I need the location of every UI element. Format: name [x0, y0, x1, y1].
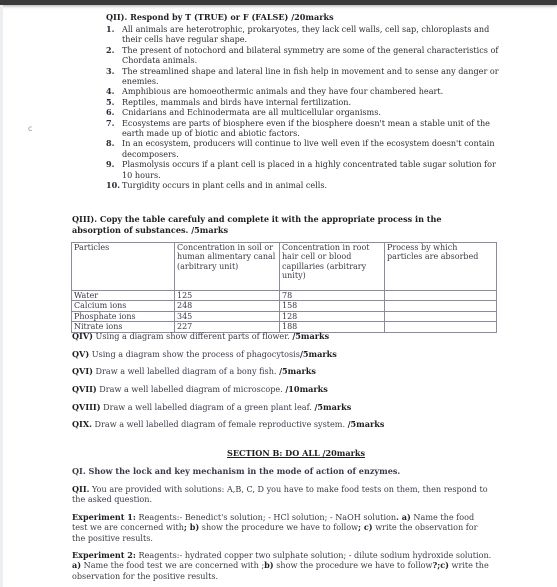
section-b-q2-number: QII. [72, 484, 89, 494]
header-particles: Particles [72, 243, 175, 291]
section-b-q2: QII. You are provided with solutions: A,… [72, 484, 492, 505]
q7-marks: /10marks [285, 384, 327, 394]
table-row: Water12578 [72, 291, 497, 301]
tf-item-text: In an ecosystem, producers will continue… [122, 138, 495, 158]
q8-text: Draw a well labelled diagram of a green … [101, 402, 315, 412]
experiment-1-label: Experiment 1: [72, 512, 136, 522]
table-cell: 125 [175, 291, 280, 301]
section-b-q1: QI. Show the lock and key mechanism in t… [72, 466, 400, 476]
q9-text: Draw a well labelled diagram of female r… [92, 419, 348, 429]
table-cell [385, 301, 497, 311]
page-left-edge [0, 5, 3, 587]
experiment-2-a-text: Name the food test we are concerned with… [81, 560, 264, 570]
q8-marks: /5marks [314, 402, 351, 412]
experiment-1: Experiment 1: Reagents:- Benedict's solu… [72, 512, 492, 543]
header-concentration-root: Concentration in root hair cell or blood… [280, 243, 385, 291]
q7-text: Draw a well labelled diagram of microsco… [97, 384, 286, 394]
q3-heading: QIII). Copy the table carefuly and compl… [72, 214, 492, 235]
table-row: Calcium ions248158 [72, 301, 497, 311]
experiment-1-b-text: show the procedure we have to follow [199, 522, 358, 532]
q5-marks: /5marks [300, 349, 337, 359]
table-cell: 128 [280, 311, 385, 321]
q6-number: QVI) [72, 366, 93, 376]
margin-pen-mark: c [28, 124, 32, 133]
section-b-title: SECTION B: DO ALL /20marks [227, 448, 365, 458]
tf-item-number: 10. [106, 180, 120, 190]
table-cell: Water [72, 291, 175, 301]
table-row: Phosphate ions345128 [72, 311, 497, 321]
tf-item-number: 3. [106, 66, 114, 76]
table-cell [385, 291, 497, 301]
absorption-table: Particles Concentration in soil or human… [71, 242, 497, 333]
tf-item-number: 9. [106, 159, 114, 169]
table-header-row: Particles Concentration in soil or human… [72, 243, 497, 291]
tf-item-text: Amphibious are homoeothermic animals and… [122, 86, 443, 96]
tf-item: 10.Turgidity occurs in plant cells and i… [106, 180, 501, 190]
section-b-q2-text: You are provided with solutions: A,B, C,… [72, 484, 488, 504]
tf-item-text: Reptiles, mammals and birds have interna… [122, 97, 351, 107]
q5-text: Using a diagram show the process of phag… [89, 349, 300, 359]
q9-line: QIX. Draw a well labelled diagram of fem… [72, 419, 384, 429]
q4-number: QIV) [72, 331, 93, 341]
experiment-2: Experiment 2: Reagents:- hydrated copper… [72, 550, 492, 581]
q9-marks: /5marks [348, 419, 385, 429]
q6-text: Draw a well labelled diagram of a bony f… [93, 366, 279, 376]
experiment-2-reagents: Reagents:- hydrated copper two sulphate … [136, 550, 491, 560]
tf-item: 3.The streamlined shape and lateral line… [106, 66, 501, 87]
tf-item-number: 5. [106, 97, 114, 107]
tf-item: 2. The present of notochord and bilatera… [106, 45, 501, 66]
tf-item-text: All animals are heterotrophic, prokaryot… [122, 24, 489, 44]
viewer-top-bar [0, 0, 557, 5]
header-concentration-soil: Concentration in soil or human alimentar… [175, 243, 280, 291]
tf-item: 1.All animals are heterotrophic, prokary… [106, 24, 501, 45]
q8-number: QVIII) [72, 402, 101, 412]
q4-marks: /5marks [292, 331, 329, 341]
tf-item-text: Cnidarians and Echinodermata are all mul… [122, 107, 381, 117]
q8-line: QVIII) Draw a well labelled diagram of a… [72, 402, 351, 412]
experiment-2-c-label: ?;c) [432, 560, 449, 570]
q4-line: QIV) Using a diagram show different part… [72, 331, 329, 341]
table-cell: 248 [175, 301, 280, 311]
tf-item: 4.Amphibious are homoeothermic animals a… [106, 86, 501, 96]
tf-item-number: 6. [106, 107, 114, 117]
table-cell [385, 322, 497, 332]
tf-item: 8.In an ecosystem, producers will contin… [106, 138, 501, 159]
q7-number: QVII) [72, 384, 97, 394]
table-cell: 78 [280, 291, 385, 301]
tf-item-number: 1. [106, 24, 114, 34]
experiment-2-label: Experiment 2: [72, 550, 136, 560]
tf-item: 5.Reptiles, mammals and birds have inter… [106, 97, 501, 107]
table-cell: Calcium ions [72, 301, 175, 311]
tf-item: 6.Cnidarians and Echinodermata are all m… [106, 107, 501, 117]
experiment-1-c-label: ; c) [358, 522, 373, 532]
tf-item-text: Turgidity occurs in plant cells and in a… [122, 180, 327, 190]
q7-line: QVII) Draw a well labelled diagram of mi… [72, 384, 328, 394]
q2-heading: QII). Respond by T (TRUE) or F (FALSE) /… [106, 12, 334, 22]
tf-item-text: Ecosystems are parts of biosphere even i… [122, 118, 490, 138]
table-cell: 158 [280, 301, 385, 311]
q5-number: QV) [72, 349, 89, 359]
table-cell: Phosphate ions [72, 311, 175, 321]
q6-line: QVI) Draw a well labelled diagram of a b… [72, 366, 316, 376]
experiment-1-a-label: . a) [396, 512, 411, 522]
tf-item: 7.Ecosystems are parts of biosphere even… [106, 118, 501, 139]
q4-text: Using a diagram show different parts of … [93, 331, 292, 341]
tf-item-number: 4. [106, 86, 114, 96]
tf-item-text: The streamlined shape and lateral line i… [122, 66, 499, 86]
experiment-2-b-text: show the procedure we have to follow [274, 560, 433, 570]
tf-item-number: 2. [106, 45, 114, 55]
tf-item-text: Plasmolysis occurs if a plant cell is pl… [122, 159, 496, 179]
experiment-2-a-label: a) [72, 560, 81, 570]
experiment-2-b-label: b) [264, 560, 274, 570]
tf-item-number: 8. [106, 138, 114, 148]
q5-line: QV) Using a diagram show the process of … [72, 349, 337, 359]
header-process: Process by which particles are absorbed [385, 243, 497, 291]
experiment-1-reagents: Reagents:- Benedict's solution; - HCl so… [136, 512, 396, 522]
q6-marks: /5marks [279, 366, 316, 376]
table-cell [385, 311, 497, 321]
experiment-1-b-label: ; b) [184, 522, 199, 532]
tf-item-text: The present of notochord and bilateral s… [122, 45, 498, 65]
true-false-list: 1.All animals are heterotrophic, prokary… [106, 24, 501, 191]
q9-number: QIX. [72, 419, 92, 429]
tf-item-number: 7. [106, 118, 114, 128]
table-cell: 345 [175, 311, 280, 321]
tf-item: 9.Plasmolysis occurs if a plant cell is … [106, 159, 501, 180]
